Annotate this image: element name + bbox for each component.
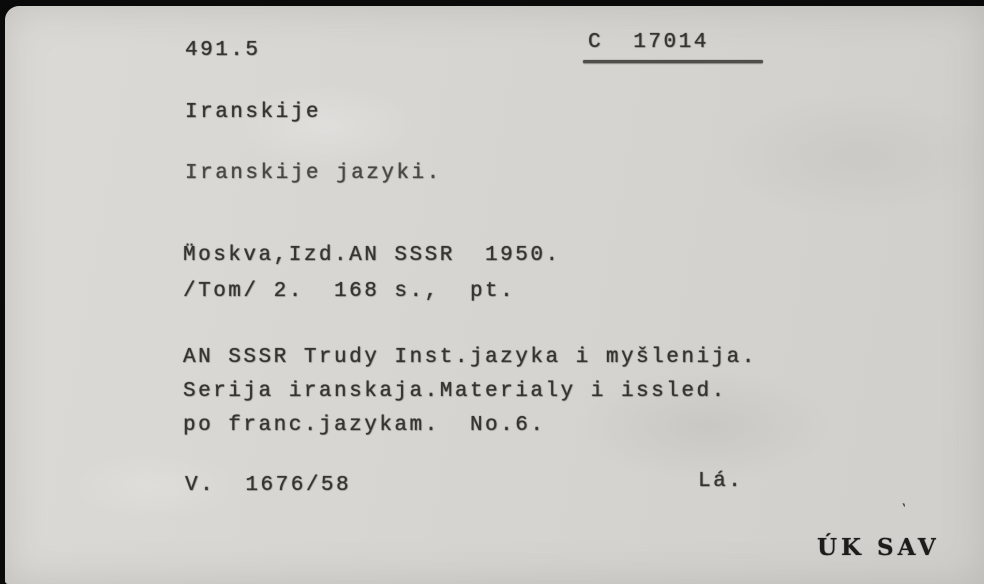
accession-number: V. 1676/58	[185, 474, 351, 497]
series-note-line-2: Serija iranskaja.Materialy i issled.	[183, 380, 727, 403]
scanned-catalog-card-image: 491.5 C 17014 Iranskije Iranskije jazyki…	[0, 0, 984, 584]
catalog-card: 491.5 C 17014 Iranskije Iranskije jazyki…	[5, 6, 984, 584]
imprint-line-2: /Tom/ 2. 168 s., pt.	[183, 280, 515, 303]
call-number-underline	[583, 60, 763, 63]
stray-pen-mark: ˋ	[893, 501, 912, 527]
series-note-line-1: AN SSSR Trudy Inst.jazyka i myšlenija.	[183, 346, 757, 369]
author-heading: Iranskije	[185, 101, 321, 124]
library-stamp: ÚK SAV	[817, 534, 940, 561]
cataloguer-initials: Lá.	[698, 470, 743, 493]
imprint-line-1: M̈oskva,Izd.AN SSSR 1950.	[183, 244, 561, 267]
classification-number: 491.5	[185, 39, 261, 62]
call-number: C 17014	[588, 31, 709, 54]
series-note-line-3: po franc.jazykam. No.6.	[183, 414, 545, 437]
title-line: Iranskije jazyki.	[185, 162, 442, 185]
